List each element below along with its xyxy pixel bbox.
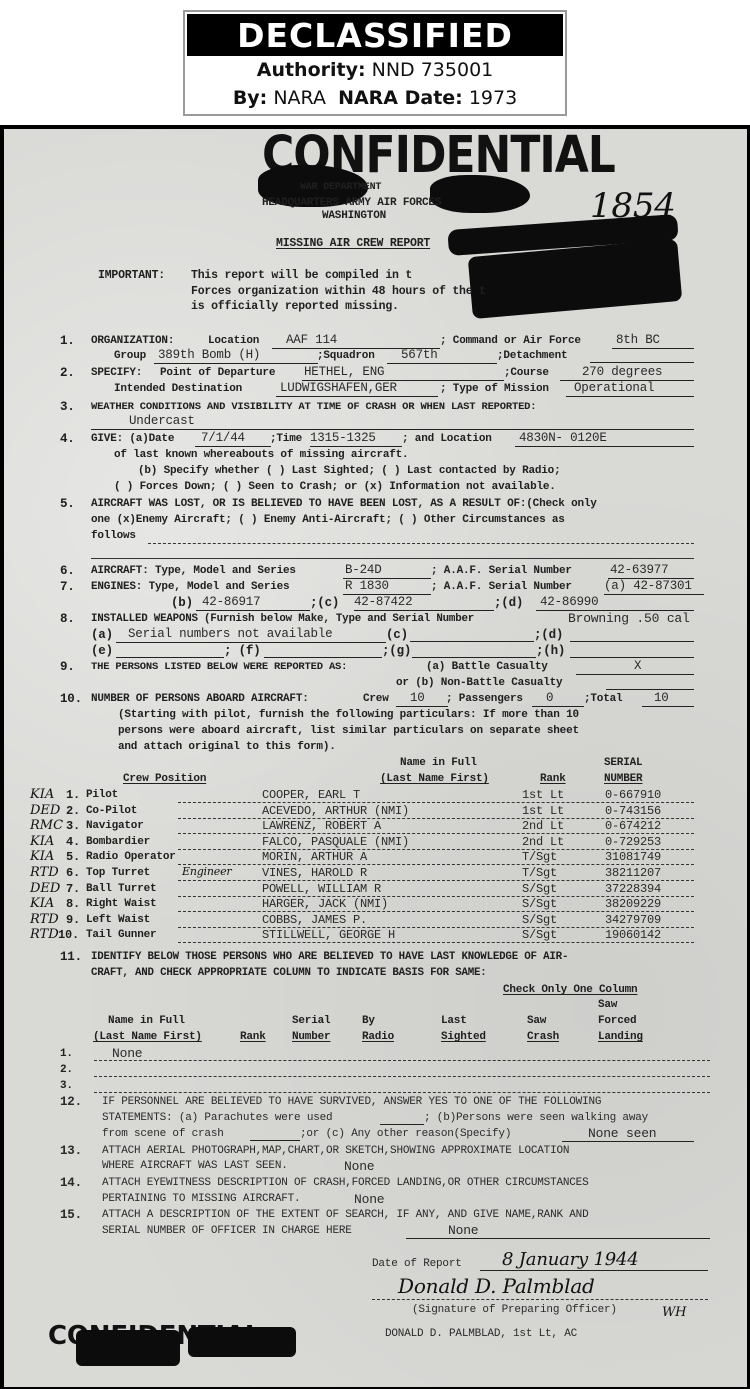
nara-date-value: 1973 [469, 87, 517, 109]
crew-row-number: 4. [66, 835, 80, 850]
detachment-label: ;Detachment [497, 349, 567, 364]
redaction-smudge [430, 175, 530, 213]
engine-d-label: ;(d) [494, 596, 523, 611]
crew-position: Tail Gunner [86, 928, 156, 943]
item-6-number: 6. [60, 564, 75, 579]
item-4-line-2: of last known whereabouts of missing air… [114, 448, 408, 463]
crew-status-handwritten: RTD [30, 912, 59, 927]
witness-row-number: 2. [60, 1063, 73, 1078]
witness-sighted-header-top: Last [441, 1014, 467, 1029]
item-11-number: 11. [60, 950, 82, 965]
non-battle-casualty-label: or (b) Non-Battle Casualty [396, 676, 562, 691]
crew-name: MORIN, ARTHUR A [262, 850, 367, 865]
mission-type-field: Operational [566, 381, 694, 397]
witness-crash-header-top: Saw [527, 1014, 546, 1029]
crew-name: COBBS, JAMES P. [262, 913, 367, 928]
crew-rank: S/Sgt [522, 913, 557, 928]
officer-name: DONALD D. PALMBLAD, 1st Lt, AC [385, 1327, 577, 1342]
crew-rank: S/Sgt [522, 897, 557, 912]
departure-label: Point of Departure [160, 366, 275, 381]
crew-position: Top Turret [86, 866, 150, 881]
declassified-title: DECLASSIFIED [187, 14, 563, 56]
persons-note-3: and attach original to this form). [118, 740, 336, 755]
non-battle-casualty-field [606, 675, 694, 690]
squadron-field: 567th [387, 348, 497, 364]
parachutes-field [380, 1111, 424, 1125]
crew-label: Crew [363, 692, 389, 707]
crew-status-handwritten: KIA [30, 896, 54, 911]
item-13-value: None [344, 1159, 374, 1174]
crew-status-handwritten: RMC [30, 818, 63, 833]
location-coords-field: 4830N- 0120E [515, 431, 694, 447]
aircraft-label: AIRCRAFT: Type, Model and Series [91, 564, 296, 579]
crew-name: COOPER, EARL T [262, 788, 360, 803]
engine-serial-label: ; A.A.F. Serial Number [431, 580, 572, 595]
item-14-number: 14. [60, 1176, 82, 1191]
crew-name: POWELL, WILLIAM R [262, 882, 381, 897]
item-5-line-2: one (x)Enemy Aircraft; ( ) Enemy Anti-Ai… [91, 513, 565, 528]
item-15-line-2: SERIAL NUMBER OF OFFICER IN CHARGE HERE [102, 1224, 352, 1239]
item-3-number: 3. [60, 400, 75, 415]
witness-sighted-header: Sighted [441, 1030, 486, 1045]
item-12-line-2a: STATEMENTS: (a) Parachutes were used [102, 1111, 332, 1126]
saw-forced-top-1: Saw [598, 998, 617, 1013]
witness-row-number: 3. [60, 1079, 73, 1094]
passengers-field: 0 [532, 691, 584, 707]
name-header-top: Name in Full [400, 756, 477, 771]
item-13-line-2: WHERE AIRCRAFT WAS LAST SEEN. [102, 1159, 288, 1174]
item-12-line-3b: ;or (c) Any other reason(Specify) [300, 1127, 511, 1142]
crew-status-handwritten: RTD [30, 927, 59, 942]
serial-header-top: SERIAL [604, 756, 642, 771]
item-8-number: 8. [60, 612, 75, 627]
aircraft-type-field: B-24D [343, 563, 431, 579]
total-label: ;Total [584, 692, 622, 707]
officer-signature: Donald D. Palmblad [398, 1275, 595, 1297]
crew-serial: 31081749 [605, 850, 661, 865]
crew-position-header: Crew Position [123, 772, 206, 787]
item-15-line-1: ATTACH A DESCRIPTION OF THE EXTENT OF SE… [102, 1208, 588, 1223]
mission-type-label: ; Type of Mission [440, 382, 549, 397]
footer-redaction-smudge [76, 1330, 180, 1366]
persons-note-1: (Starting with pilot, furnish the follow… [118, 708, 579, 723]
crew-serial: 38209229 [605, 897, 661, 912]
item-14-value: None [354, 1192, 384, 1207]
item-12-line-1: IF PERSONNEL ARE BELIEVED TO HAVE SURVIV… [102, 1095, 601, 1110]
declassified-stamp: DECLASSIFIED Authority: NND 735001 By: N… [183, 10, 567, 116]
item-12-number: 12. [60, 1095, 82, 1110]
crew-serial: 19060142 [605, 928, 661, 943]
destination-field: LUDWIGSHAFEN,GER [276, 381, 438, 397]
weapons-label: INSTALLED WEAPONS (Furnish below Make, T… [91, 612, 474, 627]
crew-serial: 37228394 [605, 882, 661, 897]
crew-serial: 38211207 [605, 866, 661, 881]
crew-serial: 34279709 [605, 913, 661, 928]
crew-rank: 2nd Lt [522, 835, 564, 850]
engine-serial-b: 42-86917 [196, 595, 310, 611]
item-5-line-3: follows [91, 529, 136, 544]
engine-b-label: (b) [171, 596, 193, 611]
crew-status-handwritten: KIA [30, 834, 54, 849]
aircraft-serial-field: 42-63977 [608, 563, 694, 579]
handwritten-initials: WH [662, 1305, 686, 1320]
item-15-number: 15. [60, 1208, 82, 1223]
date-of-report-label: Date of Report [372, 1257, 462, 1272]
witness-rank-header: Rank [240, 1030, 266, 1045]
city-line: WASHINGTON [322, 209, 386, 224]
aircraft-serial-label: ; A.A.F. Serial Number [431, 564, 572, 579]
follows-rule-2 [91, 558, 694, 559]
crew-position: Right Waist [86, 897, 156, 912]
item-14-line-1: ATTACH EYEWITNESS DESCRIPTION OF CRASH,F… [102, 1176, 588, 1191]
witness-serial-header: Number [292, 1030, 330, 1045]
important-line-1: This report will be compiled in t [191, 268, 412, 283]
crew-rank: T/Sgt [522, 866, 557, 881]
squadron-label: ;Squadron [317, 349, 375, 364]
item-4-line-4: ( ) Forces Down; ( ) Seen to Crash; or (… [114, 480, 556, 495]
departure-field: HETHEL, ENG [302, 365, 504, 381]
crew-position: Co-Pilot [86, 804, 137, 819]
crew-field: 10 [396, 691, 448, 707]
authority-value: NND 735001 [372, 59, 494, 81]
weapon-f-field [264, 643, 382, 658]
witness-name-header-top: Name in Full [108, 1014, 185, 1029]
witness-name-header: (Last Name First) [93, 1030, 202, 1045]
battle-casualty-field: X [576, 659, 694, 675]
time-field: 1315-1325 [310, 431, 402, 447]
item-2-number: 2. [60, 366, 75, 381]
engine-serial-d: 42-86990 [536, 595, 694, 611]
crew-position: Left Waist [86, 913, 150, 928]
crew-row-number: 7. [66, 882, 80, 897]
crew-name: VINES, HAROLD R [262, 866, 367, 881]
crew-serial: 0-667910 [605, 788, 661, 803]
date-field: 7/1/44 [195, 431, 271, 447]
battle-casualty-label: (a) Battle Casualty [426, 660, 548, 675]
crew-position-note: Engineer [182, 864, 231, 879]
crew-position: Ball Turret [86, 882, 156, 897]
item-5-line-1: AIRCRAFT WAS LOST, OR IS BELIEVED TO HAV… [91, 497, 597, 512]
authority-line: Authority: NND 735001 [185, 56, 565, 84]
engine-serial-a: (a) 42-87301 [604, 579, 704, 595]
item-10-number: 10. [60, 692, 82, 707]
weapon-h-field [570, 643, 694, 658]
witness-row-rule [94, 1092, 710, 1093]
crew-name: FALCO, PASQUALE (NMI) [262, 835, 409, 850]
weapon-f-label: ; (f) [224, 644, 261, 659]
course-field: 270 degrees [560, 365, 694, 381]
crew-row-number: 6. [66, 866, 80, 881]
total-field: 10 [642, 691, 694, 707]
signature-line [372, 1299, 708, 1300]
walking-away-field [250, 1127, 300, 1141]
engines-label: ENGINES: Type, Model and Series [91, 580, 289, 595]
weapon-g-label: ;(g) [382, 644, 411, 659]
item-14-line-2: PERTAINING TO MISSING AIRCRAFT. [102, 1192, 300, 1207]
crew-position: Bombardier [86, 835, 150, 850]
command-label: ; Command or Air Force [440, 334, 581, 349]
crew-rank: T/Sgt [522, 850, 557, 865]
check-one-column-note: Check Only One Column [503, 983, 637, 998]
item-2-label: SPECIFY: [91, 366, 142, 381]
item-11-line-2: CRAFT, AND CHECK APPROPRIATE COLUMN TO I… [91, 966, 487, 981]
weapon-g-field [412, 643, 536, 658]
witness-radio-header-top: By [362, 1014, 375, 1029]
crew-row-number: 2. [66, 804, 80, 819]
crew-row-number: 5. [66, 850, 80, 865]
witness-row-number: 1. [60, 1047, 73, 1062]
important-line-2: Forces organization within 48 hours of t… [191, 284, 486, 299]
group-field: 389th Bomb (H) [154, 348, 318, 364]
crew-serial: 0-674212 [605, 819, 661, 834]
crew-row-number: 3. [66, 819, 80, 834]
crew-serial: 0-743156 [605, 804, 661, 819]
crew-rank: S/Sgt [522, 928, 557, 943]
crew-row-number: 10. [58, 928, 79, 943]
crew-rank: 1st Lt [522, 804, 564, 819]
crew-name: LAWRENZ, ROBERT A [262, 819, 381, 834]
crew-rank: 2nd Lt [522, 819, 564, 834]
persons-note-2: persons were aboard aircraft, list simil… [118, 724, 579, 739]
serial-header: NUMBER [604, 772, 642, 787]
weather-label: WEATHER CONDITIONS AND VISIBILITY AT TIM… [91, 400, 536, 415]
witness-crash-header: Crash [527, 1030, 559, 1045]
date-of-report-value: 8 January 1944 [480, 1250, 708, 1271]
item-12-line-3a: from scene of crash [102, 1127, 224, 1142]
location-label: Location [208, 334, 259, 349]
crew-status-handwritten: DED [30, 803, 60, 818]
by-value: NARA [273, 87, 326, 109]
crew-position: Navigator [86, 819, 144, 834]
report-title: MISSING AIR CREW REPORT [276, 236, 430, 251]
location-field: AAF 114 [272, 333, 440, 349]
crew-name: HARGER, JACK (NMI) [262, 897, 388, 912]
witness-name: None [112, 1046, 142, 1061]
follows-rule [148, 543, 694, 544]
item-9-number: 9. [60, 660, 75, 675]
name-header: (Last Name First) [380, 772, 489, 787]
weapon-c-field [410, 627, 534, 642]
weather-field: Undercast [91, 414, 694, 430]
weapon-d-field [570, 627, 694, 642]
officer-in-charge-field: None [406, 1223, 710, 1239]
item-5-number: 5. [60, 497, 75, 512]
persons-aboard-label: NUMBER OF PERSONS ABOARD AIRCRAFT: [91, 692, 309, 707]
footer-redaction-smudge [188, 1327, 296, 1357]
crew-rank: S/Sgt [522, 882, 557, 897]
nara-date-label: NARA Date: [338, 87, 463, 109]
crew-position: Pilot [86, 788, 118, 803]
weapon-a-label: (a) [91, 628, 113, 643]
destination-label: Intended Destination [114, 382, 242, 397]
date-label: GIVE: (a)Date [91, 432, 174, 447]
crew-serial: 0-729253 [605, 835, 661, 850]
authority-label: Authority: [257, 59, 366, 81]
group-label: Group [114, 349, 146, 364]
detachment-field [590, 348, 694, 363]
item-1-label: ORGANIZATION: [91, 334, 174, 349]
signature-caption: (Signature of Preparing Officer) [412, 1303, 617, 1318]
course-label: ;Course [504, 366, 549, 381]
item-7-number: 7. [60, 580, 75, 595]
witness-row-rule [94, 1060, 710, 1061]
crew-row-number: 9. [66, 913, 80, 928]
witness-radio-header: Radio [362, 1030, 394, 1045]
item-13-number: 13. [60, 1144, 82, 1159]
dept-line: WAR DEPARTMENT [300, 180, 381, 195]
crew-name: STILLWELL, GEORGE H [262, 928, 395, 943]
weapon-e-field [116, 643, 224, 658]
engine-c-label: ;(c) [310, 596, 339, 611]
crew-status-handwritten: KIA [30, 849, 54, 864]
weapon-a-field: Serial numbers not available [116, 627, 386, 643]
item-4-number: 4. [60, 432, 75, 447]
weapons-value: Browning .50 cal [568, 611, 690, 626]
by-label: By: [233, 87, 267, 109]
item-1-number: 1. [60, 334, 75, 349]
weapon-d-label: ;(d) [534, 628, 563, 643]
crew-name: ACEVEDO, ARTHUR (NMI) [262, 804, 409, 819]
other-reason-field: None seen [562, 1126, 694, 1142]
item-11-line-1: IDENTIFY BELOW THOSE PERSONS WHO ARE BEL… [91, 950, 568, 965]
rank-header: Rank [540, 772, 566, 787]
crew-position: Radio Operator [86, 850, 176, 865]
location-label: ; and Location [402, 432, 492, 447]
crew-row-number: 1. [66, 788, 80, 803]
witness-landing-header: Landing [598, 1030, 643, 1045]
casualty-label: THE PERSONS LISTED BELOW WERE REPORTED A… [91, 660, 347, 675]
passengers-label: ; Passengers [446, 692, 523, 707]
by-line: By: NARA NARA Date: 1973 [185, 84, 565, 112]
witness-serial-header-top: Serial [292, 1014, 330, 1029]
witness-row-rule [94, 1076, 710, 1077]
important-line-3: is officially reported missing. [191, 299, 399, 314]
crew-rank: 1st Lt [522, 788, 564, 803]
time-label: ;Time [270, 432, 302, 447]
weapon-h-label: ;(h) [536, 644, 565, 659]
weapon-e-label: (e) [91, 644, 113, 659]
crew-status-handwritten: DED [30, 881, 60, 896]
crew-status-handwritten: KIA [30, 787, 54, 802]
crew-status-handwritten: RTD [30, 865, 59, 880]
engine-serial-c: 42-87422 [354, 595, 494, 611]
weapon-c-label: (c) [386, 628, 408, 643]
command-field: 8th BC [612, 333, 694, 349]
item-13-line-1: ATTACH AERIAL PHOTOGRAPH,MAP,CHART,OR SK… [102, 1144, 569, 1159]
crew-row-number: 8. [66, 897, 80, 912]
witness-landing-header-top: Forced [598, 1014, 636, 1029]
item-4-line-3: (b) Specify whether ( ) Last Sighted; ( … [138, 464, 560, 479]
engine-type-field: R 1830 [343, 579, 431, 595]
item-12-line-2b: ; (b)Persons were seen walking away [424, 1111, 648, 1126]
important-label: IMPORTANT: [98, 268, 165, 283]
